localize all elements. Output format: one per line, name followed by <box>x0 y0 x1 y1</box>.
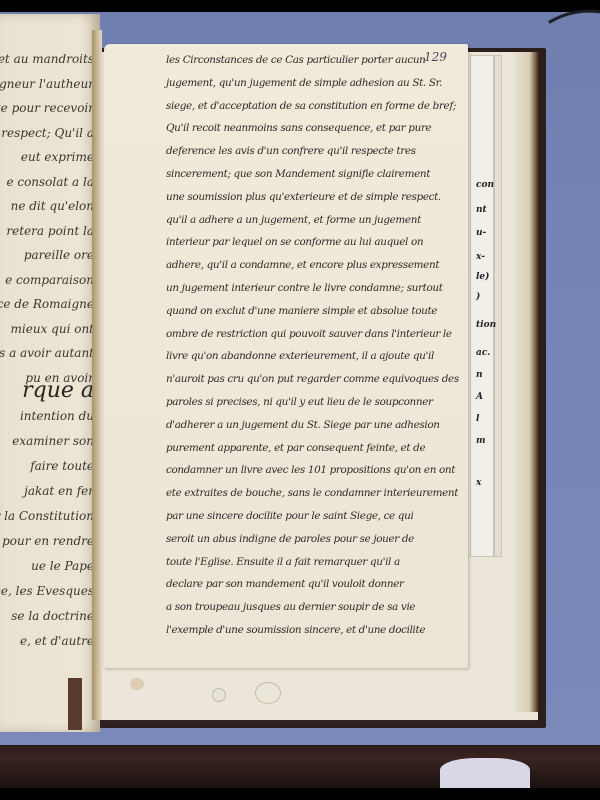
left-page-line: examiner son <box>12 434 94 448</box>
manuscript-line: jugement, qu'un jugement de simple adhes… <box>166 77 442 89</box>
left-page-line: pour en rendre <box>2 534 94 548</box>
margin-strip-thin <box>494 55 502 557</box>
margin-fragment: u- <box>476 228 486 238</box>
manuscript-line: d'adherer a un jugement du St. Siege par… <box>166 419 440 431</box>
left-page-line: respect; Qu'il a <box>1 126 94 140</box>
margin-fragment: n <box>476 370 483 380</box>
left-page-line: pareille ore <box>24 248 94 262</box>
margin-fragment: le) <box>476 272 489 282</box>
manuscript-line: par une sincere docilite pour le saint S… <box>166 510 413 522</box>
left-page-line: ue le Pape <box>31 559 94 573</box>
manuscript-line: interieur par lequel on se conforme au l… <box>166 236 423 248</box>
manuscript-line: paroles si precises, ni qu'il y eut lieu… <box>166 396 433 408</box>
paper-stain <box>130 678 144 690</box>
left-page-line: e, et d'autre <box>20 634 94 648</box>
margin-fragment: ac. <box>476 348 490 358</box>
manuscript-line: les Circonstances de ce Cas particulier … <box>166 54 426 66</box>
manuscript-line: l'exemple d'une soumission sincere, et d… <box>166 624 425 636</box>
manuscript-line: Qu'il recoit neanmoins sans consequence,… <box>166 122 431 134</box>
left-page: et au mandroitsseigneur l'autheurente po… <box>0 14 100 732</box>
left-page-line: e consolat a la <box>6 175 94 189</box>
left-page-line: e comparaison <box>5 273 94 287</box>
manuscript-line: siege, et d'acceptation de sa constituti… <box>166 100 456 112</box>
white-cloth <box>440 758 530 788</box>
left-page-line: faire toute <box>30 459 94 473</box>
manuscript-line: condamner un livre avec les 101 proposit… <box>166 464 455 476</box>
margin-fragment: A <box>476 392 483 402</box>
torn-page-edge <box>515 52 539 712</box>
margin-strip <box>470 55 494 557</box>
margin-fragment: tion <box>476 320 496 330</box>
manuscript-line: livre qu'on abandonne exterieurement, il… <box>166 350 434 362</box>
left-page-line: ter la Constitution <box>0 509 94 523</box>
left-page-line: mieux qui ont <box>11 322 94 336</box>
left-page-line: jugee, les Evesques <box>0 584 94 598</box>
manuscript-line: ombre de restriction qui pouvoit sauver … <box>166 328 452 340</box>
manuscript-line: qu'il a adhere a un jugement, et forme u… <box>166 214 421 226</box>
left-page-line: es a avoir autant <box>0 346 94 360</box>
manuscript-line: adhere, qu'il a condamne, et encore plus… <box>166 259 439 271</box>
manuscript-line: un jugement interieur contre le livre co… <box>166 282 443 294</box>
margin-fragment: l <box>476 414 479 424</box>
manuscript-line: seroit un abus indigne de paroles pour s… <box>166 533 414 545</box>
page-number: 129 <box>424 50 447 64</box>
damaged-binding-corner <box>68 678 82 730</box>
left-page-line: ce de Romaigne <box>0 297 94 311</box>
manuscript-line: purement apparente, et par consequent fe… <box>166 442 425 454</box>
manuscript-line: quand on exclut d'une maniere simple et … <box>166 305 437 317</box>
manuscript-line: toute l'Eglise. Ensuite il a fait remarq… <box>166 556 400 568</box>
left-page-line: intention du <box>20 409 94 423</box>
left-page-line: ne dit qu'elon <box>11 199 94 213</box>
left-page-line: et au mandroits <box>0 52 94 66</box>
left-page-line: ente pour recevoir <box>0 101 94 115</box>
margin-fragment: x- <box>476 252 485 262</box>
manuscript-line: n'auroit pas cru qu'on put regarder comm… <box>166 373 459 385</box>
margin-fragment: con <box>476 180 494 190</box>
paper-hole <box>212 688 226 702</box>
margin-fragment: x <box>476 478 481 488</box>
margin-fragment: nt <box>476 205 487 215</box>
manuscript-line: sincerement; que son Mandement signifie … <box>166 168 430 180</box>
letterbox-bottom <box>0 788 600 800</box>
left-page-line: retera point la <box>6 224 94 238</box>
left-page-line: se la doctrine <box>11 609 94 623</box>
margin-fragment: ) <box>476 292 480 302</box>
left-page-line: jakat en fer <box>24 484 94 498</box>
manuscript-line: ete extraites de bouche, sans le condamn… <box>166 487 458 499</box>
manuscript-line: une soumission plus qu'exterieure et de … <box>166 191 441 203</box>
left-page-line: rque a <box>22 378 94 403</box>
manuscript-line: deference les avis d'un confrere qu'il r… <box>166 145 416 157</box>
left-page-line: eut exprime <box>21 150 94 164</box>
manuscript-line: a son troupeau jusques au dernier soupir… <box>166 601 415 613</box>
margin-fragment: m <box>476 436 486 446</box>
paper-hole <box>255 682 281 704</box>
book-gutter <box>92 30 102 720</box>
left-page-line: seigneur l'autheur <box>0 77 94 91</box>
letterbox-top <box>0 0 600 12</box>
manuscript-line: declare par son mandement qu'il vouloit … <box>166 578 404 590</box>
